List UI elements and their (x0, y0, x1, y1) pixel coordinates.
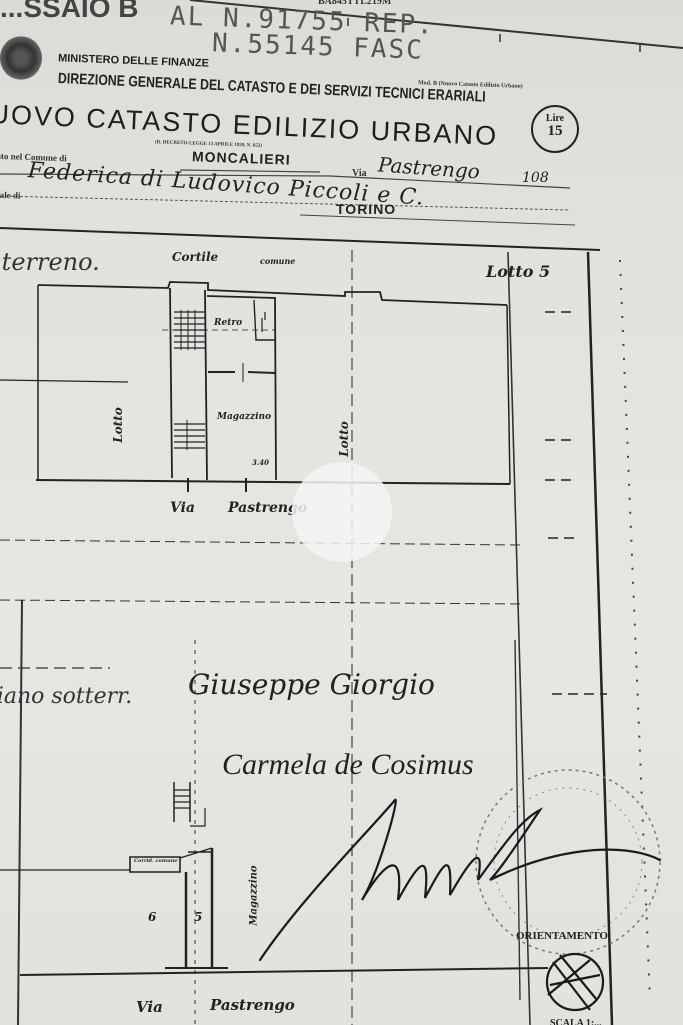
courtyard-label-2: comune (260, 256, 295, 266)
lot-middle-label: Lotto (337, 421, 351, 457)
lot-6-label: 6 (148, 910, 156, 924)
street-via-label: Via (170, 500, 195, 516)
basement-street-name: Pastrengo (210, 996, 295, 1014)
revenue-stamp-value: 15 (533, 124, 577, 139)
civic-number: 108 (522, 170, 549, 186)
lot-right-label: Lotto 5 (486, 262, 550, 281)
height-note: 3.40 (252, 458, 269, 467)
courtyard-label: Cortile (172, 250, 218, 264)
signature-1: Giuseppe Giorgio (188, 668, 435, 701)
comune-value: MONCALIERI (192, 148, 291, 167)
office-value: TORINO (336, 201, 396, 217)
basement-floor-label: Piano sotterr. (0, 684, 132, 709)
room-magazzino-label: Magazzino (217, 412, 271, 422)
scale-fragment: SCALA 1:... (550, 1018, 602, 1025)
top-left-fragment: ...SSAIO B (0, 0, 138, 24)
signature-2: Carmela de Cosimus (222, 748, 474, 782)
corridor-label: Corrid. comune (134, 858, 178, 864)
orientation-label: ORIENTAMENTO (516, 930, 608, 942)
basement-room-label: Magazzino (249, 865, 260, 925)
via-label: Via (352, 168, 367, 179)
lot-left-label: Lotto (111, 407, 125, 443)
revenue-stamp: Lire 15 (531, 105, 579, 153)
lot-5-label: 5 (194, 910, 202, 924)
basement-street-via: Via (136, 998, 163, 1016)
state-emblem-icon (0, 36, 42, 80)
room-retro-label: Retro (214, 318, 242, 328)
ground-floor-label: Piano terreno. (0, 248, 100, 276)
watermark-logo-icon (292, 462, 392, 562)
